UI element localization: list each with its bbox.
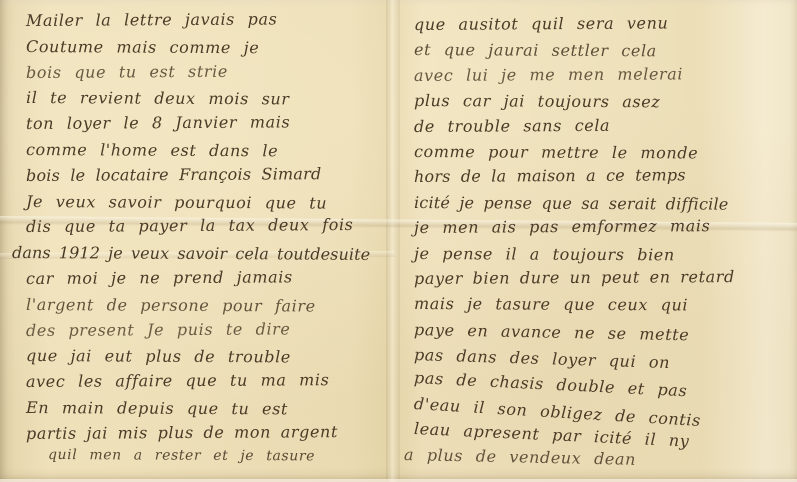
letter-line: avec les affaire que tu ma mis <box>26 367 388 395</box>
letter-line: des present Je puis te dire <box>26 315 388 343</box>
letter-line: mais je tasure que ceux qui <box>414 291 792 318</box>
letter-line: hors de la maison a ce temps <box>414 162 792 190</box>
letter-line: je men ais pas emformez mais <box>414 213 792 241</box>
vertical-fold-crease <box>386 0 400 482</box>
letter-line: que ausitot quil sera venu <box>414 10 792 38</box>
letter-line: Mailer la lettre javais pas <box>26 6 388 34</box>
letter-line: ton loyer le 8 Janvier mais <box>26 109 388 137</box>
letter-page-left: Mailer la lettre javais pasCoutume mais … <box>26 8 388 468</box>
letter-line: payer bien dure un peut en retard <box>414 264 792 292</box>
letter-line: quil men a rester et je tasure <box>48 443 388 471</box>
letter-line: avec lui je me men melerai <box>414 60 792 88</box>
letter-line: bois que tu est strie <box>26 57 388 85</box>
letter-line: bois le locataire François Simard <box>26 161 388 189</box>
letter-page-right: que ausitot quil sera venuet que jaurai … <box>414 12 792 467</box>
letter-line: de trouble sans cela <box>414 111 792 139</box>
letter-sheet: Mailer la lettre javais pasCoutume mais … <box>0 0 797 482</box>
letter-line: car moi je ne prend jamais <box>26 264 388 292</box>
letter-line: dis que ta payer la tax deux fois <box>26 212 388 240</box>
